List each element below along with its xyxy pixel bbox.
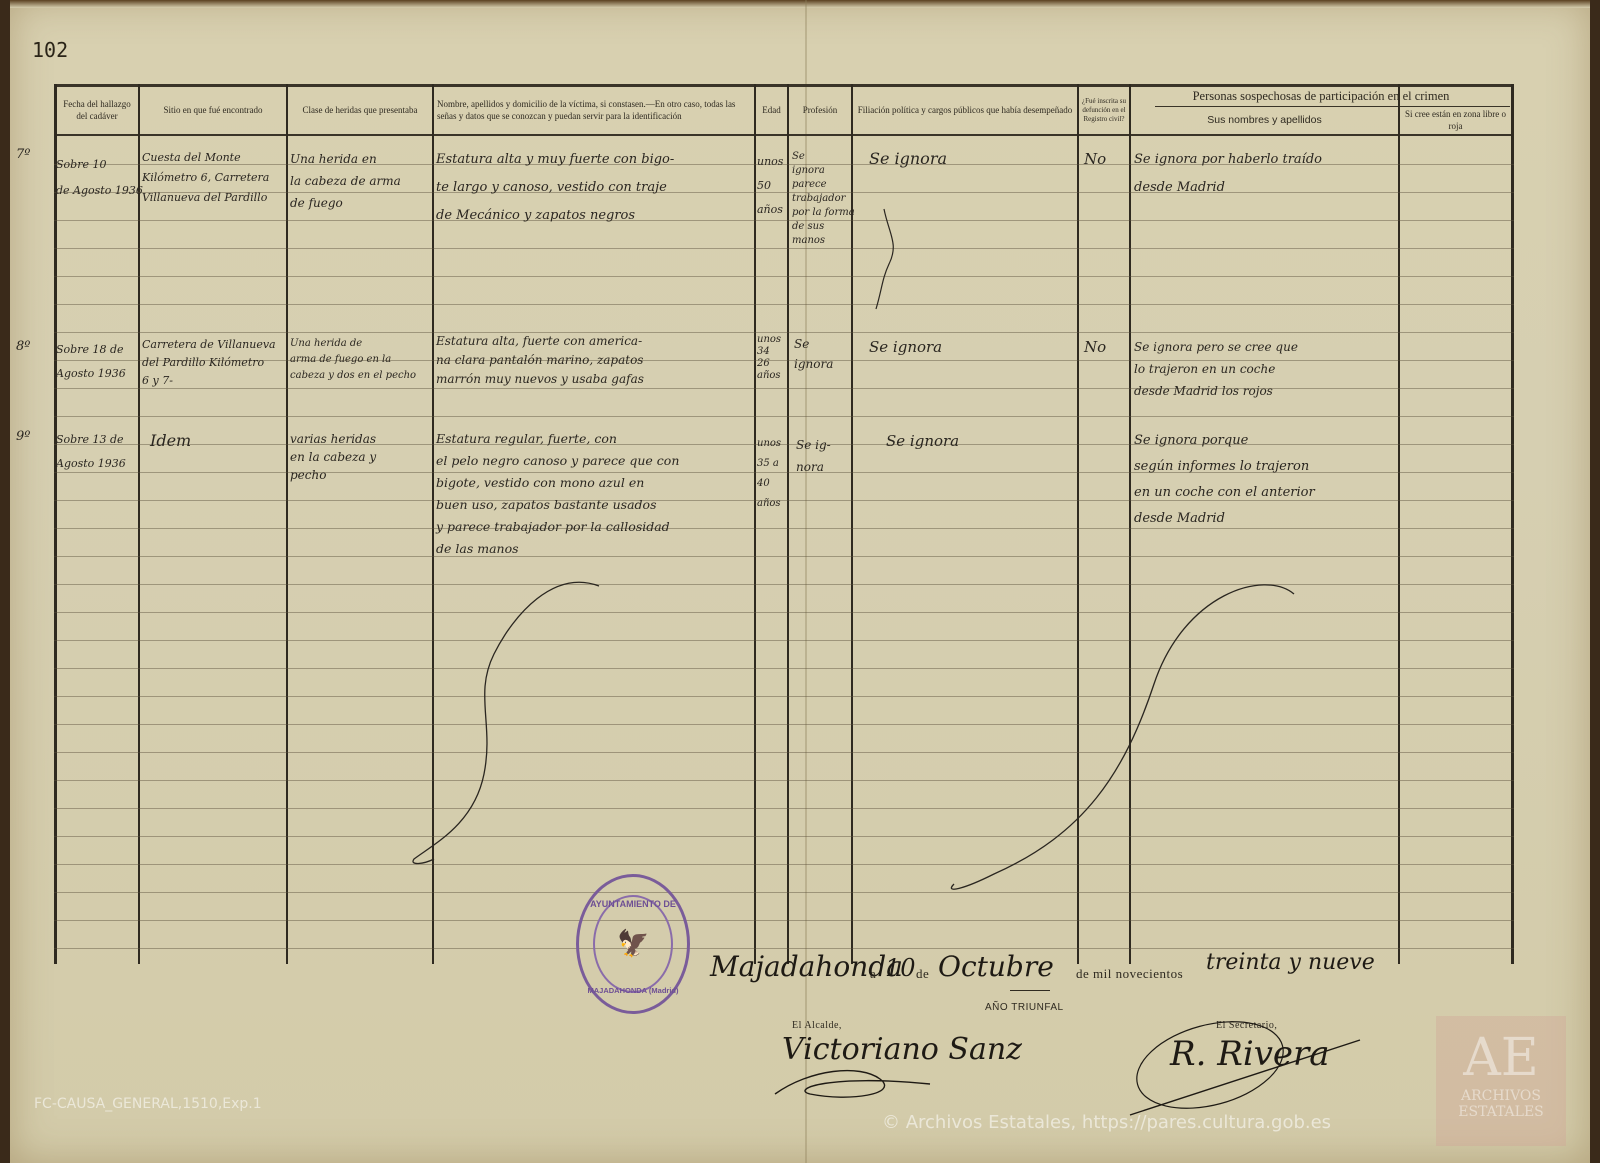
cell-profesion: Se ignora parece trabajador por la forma… — [792, 150, 855, 248]
header-registro: ¿Fué inscrita su defunción en el Registr… — [1079, 88, 1129, 132]
ruled-line — [54, 948, 1514, 949]
cell-sitio: Carretera de Villanueva del Pardillo Kil… — [142, 336, 276, 390]
cell-sospechosas: Se ignora pero se cree que lo trajeron e… — [1134, 336, 1298, 402]
header-nombre: Nombre, apellidos y domicilio de la víct… — [434, 88, 754, 132]
cell-heridas: Una herida de arma de fuego en la cabeza… — [290, 336, 416, 384]
eagle-emblem-icon: 🦅 — [617, 929, 649, 959]
header-fecha: Fecha del hallazgo del cadáver — [56, 88, 138, 132]
column-rule — [54, 84, 57, 964]
header-profesion: Profesión — [789, 88, 851, 132]
cell-sitio: Cuesta del Monte Kilómetro 6, Carretera … — [142, 148, 269, 208]
alcalde-rubric — [770, 1064, 940, 1104]
column-rule — [138, 84, 140, 964]
header-heridas: Clase de heridas que presentaba — [288, 88, 432, 132]
ruled-line — [54, 416, 1514, 417]
header-sospechosas-nombres: Sus nombres y apellidos — [1131, 108, 1398, 132]
footer-year: treinta y nueve — [1206, 950, 1375, 975]
cell-sospechosas: Se ignora por haberlo traído desde Madri… — [1134, 146, 1322, 202]
footer-month-underline — [1010, 990, 1050, 991]
cell-registro: No — [1084, 334, 1106, 360]
cell-fecha: Sobre 10 de Agosto 1936 — [56, 152, 143, 204]
copyright-notice: © Archivos Estatales, https://pares.cult… — [882, 1112, 1331, 1133]
header-bottom-rule — [54, 134, 1514, 136]
footer-a: a — [870, 966, 876, 982]
ruled-line — [54, 276, 1514, 277]
page-number: 102 — [32, 38, 68, 62]
closing-flourish-right — [934, 574, 1314, 904]
logo-mark: AE — [1436, 1028, 1566, 1088]
cell-nombre: Estatura alta y muy fuerte con bigo- te … — [436, 146, 674, 230]
header-group-rule — [1155, 106, 1510, 107]
row-number: 7º — [16, 142, 30, 168]
header-edad: Edad — [756, 88, 787, 132]
cell-filiacion: Se ignora — [869, 334, 942, 360]
row-number: 8º — [16, 334, 30, 360]
column-rule — [1398, 84, 1400, 964]
cell-nombre: Estatura regular, fuerte, con el pelo ne… — [436, 428, 679, 560]
column-rule — [754, 84, 756, 964]
cell-sospechosas: Se ignora porque según informes lo traje… — [1134, 428, 1315, 532]
column-rule — [787, 84, 789, 964]
stamp-bottom-text: MAJADAHONDA (Madrid) — [579, 986, 687, 995]
cell-heridas: Una herida en la cabeza de arma de fuego — [290, 148, 401, 214]
ruled-line — [54, 220, 1514, 221]
header-zona: Si cree están en zona libre o roja — [1400, 108, 1511, 132]
cell-edad: unos 50 años — [757, 150, 783, 222]
alcalde-signature: Victoriano Sanz — [782, 1032, 1022, 1067]
column-rule — [1511, 84, 1514, 964]
cell-filiacion: Se ignora — [869, 146, 947, 172]
ditto-mark — [874, 204, 904, 314]
cell-nombre: Estatura alta, fuerte con america- na cl… — [436, 332, 644, 389]
row-number: 9º — [16, 424, 30, 450]
column-rule — [286, 84, 288, 964]
cell-edad: unos 34 26 años — [757, 334, 781, 382]
cell-registro: No — [1084, 146, 1106, 172]
document-sheet: 102 — [10, 0, 1590, 1163]
footer-month: Octubre — [938, 950, 1054, 983]
cell-heridas: varias heridas en la cabeza y pecho — [290, 430, 376, 484]
cell-fecha: Sobre 13 de Agosto 1936 — [56, 428, 126, 476]
register-table: Fecha del hallazgo del cadáver Sitio en … — [54, 84, 1514, 964]
ruled-line — [54, 920, 1514, 921]
ruled-line — [54, 332, 1514, 333]
closing-flourish-left — [404, 574, 604, 874]
footer-de-mil: de mil novecientos — [1076, 966, 1183, 982]
archive-reference: FC-CAUSA_GENERAL,1510,Exp.1 — [34, 1096, 262, 1112]
ruled-line — [54, 556, 1514, 557]
ano-triunfal: AÑO TRIUNFAL — [985, 1002, 1064, 1013]
alcalde-label: El Alcalde, — [792, 1020, 842, 1031]
header-sospechosas-group: Personas sospechosas de participación en… — [1131, 86, 1511, 106]
ruled-line — [54, 248, 1514, 249]
cell-sitio: Idem — [150, 428, 191, 454]
cell-fecha: Sobre 18 de Agosto 1936 — [56, 338, 126, 386]
stamp-top-text: AYUNTAMIENTO DE — [579, 899, 687, 909]
header-sitio: Sitio en que fué encontrado — [140, 88, 286, 132]
footer-day: 10 — [885, 954, 916, 982]
footer-de: de — [916, 966, 929, 982]
ruled-line — [54, 304, 1514, 305]
header-filiacion: Filiación política y cargos públicos que… — [853, 88, 1077, 132]
cell-edad: unos 35 a 40 años — [757, 434, 781, 514]
cell-filiacion: Se ignora — [886, 428, 959, 454]
logo-label: ARCHIVOS ESTATALES — [1436, 1088, 1566, 1120]
archivos-estatales-logo: AE ARCHIVOS ESTATALES — [1436, 1016, 1566, 1146]
municipal-stamp: AYUNTAMIENTO DE 🦅 MAJADAHONDA (Madrid) — [576, 874, 690, 1014]
secretario-rubric — [1120, 1010, 1370, 1120]
cell-profesion: Se ig- nora — [796, 434, 831, 478]
cell-profesion: Se ignora — [794, 334, 833, 374]
